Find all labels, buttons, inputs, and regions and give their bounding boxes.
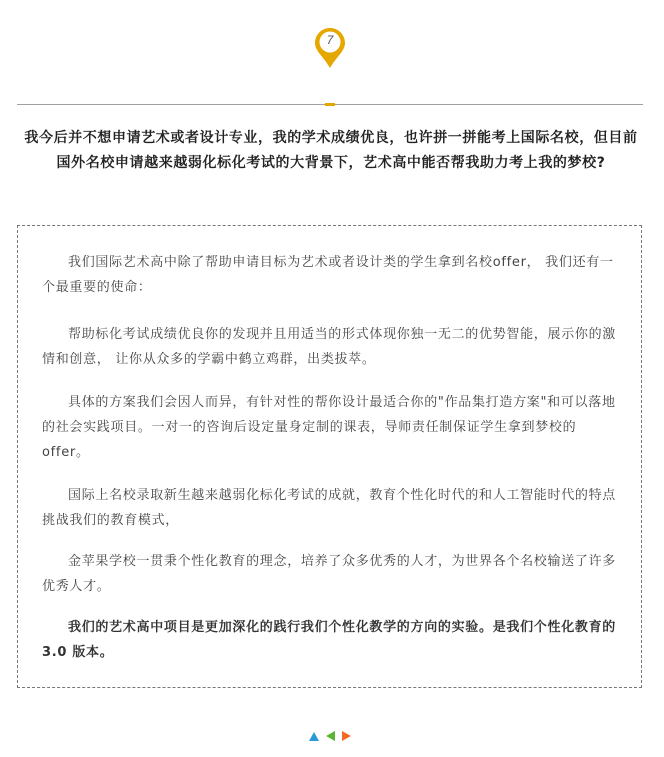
answer-paragraph: 具体的方案我们会因人而异，有针对性的帮你设计最适合你的"作品集打造方案"和可以落… [42,390,618,465]
answer-paragraph: 国际上名校录取新生越来越弱化标化考试的成就，教育个性化时代的和人工智能时代的特点… [42,483,618,533]
footer-nav [309,731,351,741]
right-triangle-icon[interactable] [342,731,351,741]
marker-number: 7 [314,33,346,47]
answer-conclusion: 我们的艺术高中项目是更加深化的践行我们个性化教学的方向的实验。是我们个性化教育的… [42,615,618,665]
answer-paragraph: 金苹果学校一贯秉个性化教育的理念，培养了众多优秀的人才，为世界各个名校输送了许多… [42,549,618,599]
question-heading: 我今后并不想申请艺术或者设计专业，我的学术成绩优良，也许拼一拼能考上国际名校，但… [20,126,642,176]
answer-paragraph: 帮助标化考试成绩优良你的发现并且用适当的形式体现你独一无二的优势智能，展示你的激… [42,322,618,372]
answer-paragraph: 我们国际艺术高中除了帮助申请目标为艺术或者设计类的学生拿到名校offer， 我们… [42,250,618,300]
left-triangle-icon[interactable] [326,731,335,741]
location-pin-marker: 7 [314,27,346,69]
divider-accent [325,103,335,106]
up-triangle-icon[interactable] [309,732,319,741]
